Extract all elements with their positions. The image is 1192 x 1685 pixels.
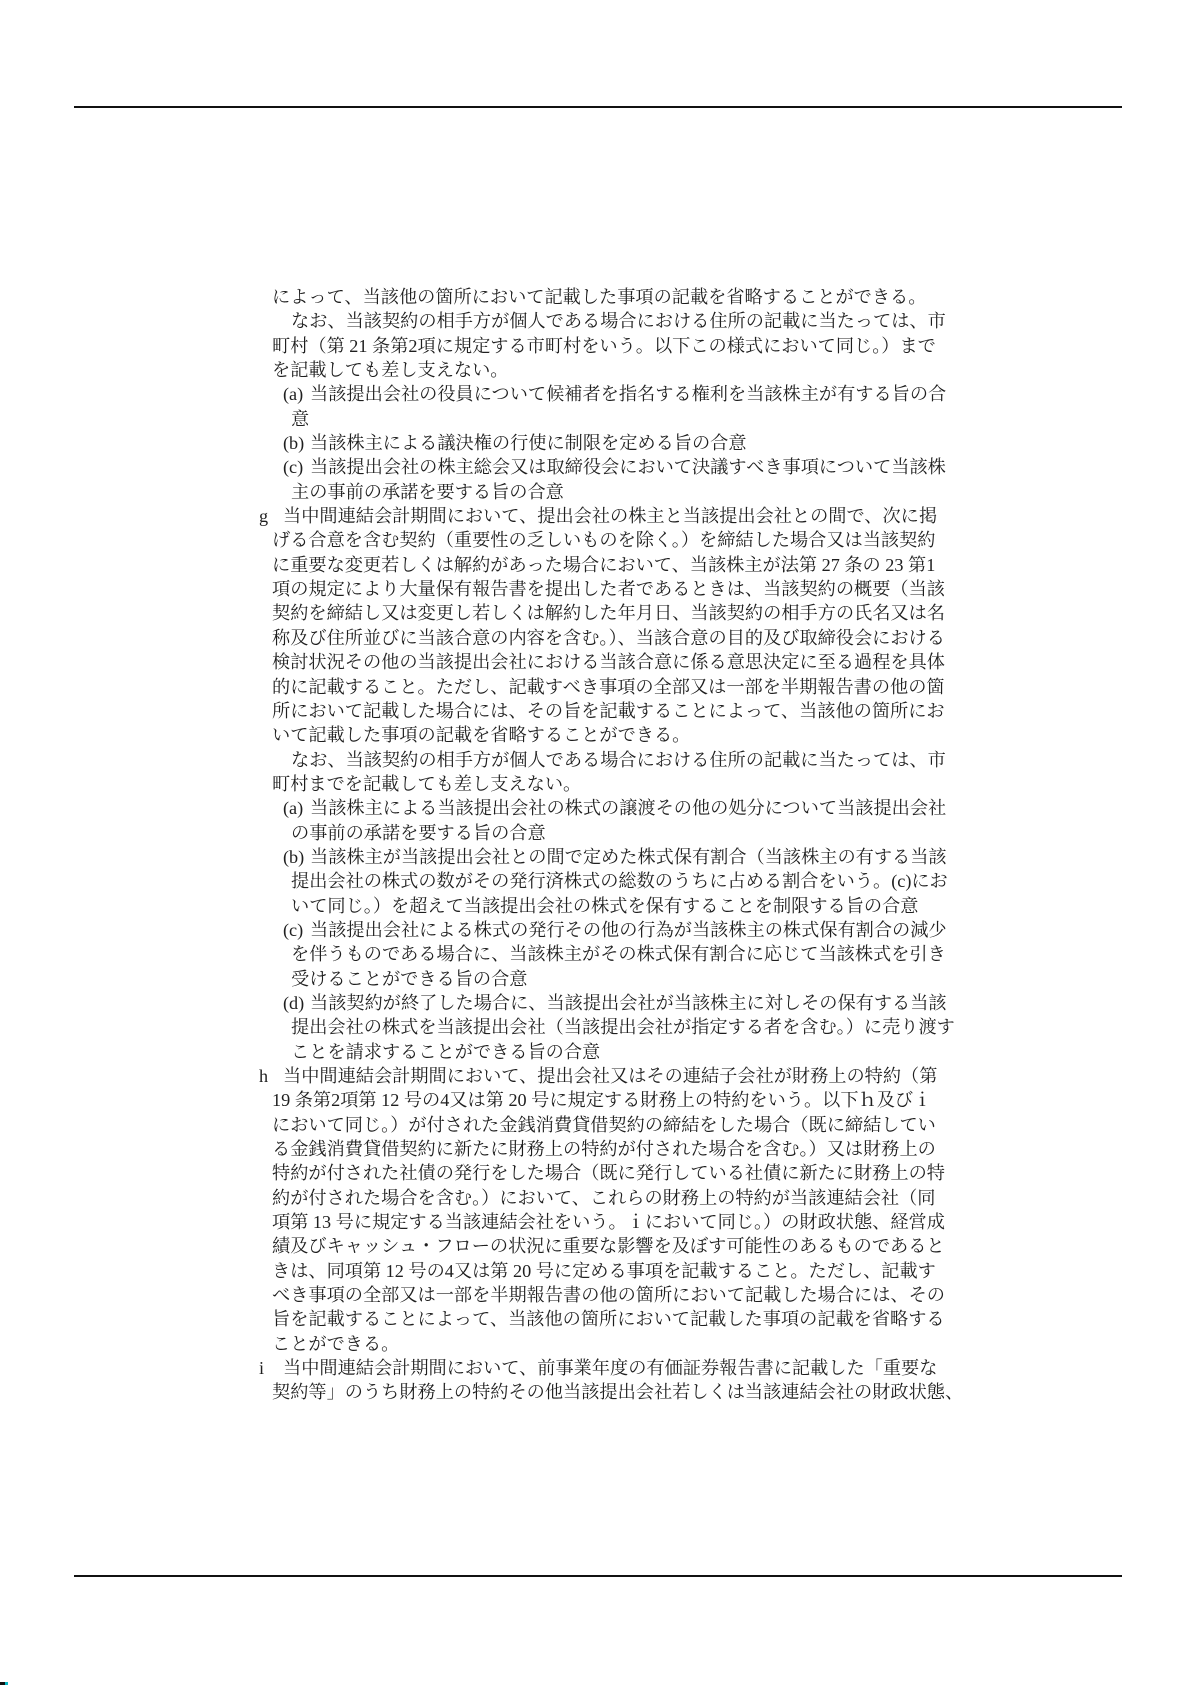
text-line: 契約等」のうち財務上の特約その他当該提出会社若しくは当該連結会社の財政状態、: [0, 1380, 1192, 1404]
line-text: 当該提出会社の役員について候補者を指名する権利を当該株主が有する旨の合: [310, 384, 946, 404]
top-horizontal-rule: [74, 106, 1122, 108]
item-marker: (c): [283, 918, 310, 942]
item-marker: h: [259, 1064, 283, 1088]
text-line: る金銭消費貸借契約に新たに財務上の特約が付された場合を含む。）又は財務上の: [0, 1137, 1192, 1161]
line-text: 主の事前の承諾を要する旨の合意: [291, 482, 564, 502]
line-text: 町村までを記載しても差し支えない。: [272, 774, 581, 794]
text-line: の事前の承諾を要する旨の合意: [0, 821, 1192, 845]
item-marker: (d): [283, 991, 310, 1015]
text-line: いて記載した事項の記載を省略することができる。: [0, 723, 1192, 747]
text-line: (b)当該株主による議決権の行使に制限を定める旨の合意: [0, 431, 1192, 455]
line-text: 当該提出会社の株主総会又は取締役会において決議すべき事項について当該株: [310, 457, 946, 477]
line-text: きは、同項第 12 号の4又は第 20 号に定める事項を記載すること。ただし、記…: [272, 1261, 936, 1281]
text-line: いて同じ。）を超えて当該提出会社の株式を保有することを制限する旨の合意: [0, 894, 1192, 918]
text-line: 町村までを記載しても差し支えない。: [0, 772, 1192, 796]
item-marker: (a): [283, 796, 310, 820]
text-line: 受けることができる旨の合意: [0, 967, 1192, 991]
text-line: 旨を記載することによって、当該他の箇所において記載した事項の記載を省略する: [0, 1307, 1192, 1331]
text-line: h当中間連結会計期間において、提出会社又はその連結子会社が財務上の特約（第: [0, 1064, 1192, 1088]
line-text: る金銭消費貸借契約に新たに財務上の特約が付された場合を含む。）又は財務上の: [272, 1139, 936, 1159]
text-line: (c)当該提出会社の株主総会又は取締役会において決議すべき事項について当該株: [0, 455, 1192, 479]
text-line: によって、当該他の箇所において記載した事項の記載を省略することができる。: [0, 285, 1192, 309]
item-marker: (a): [283, 382, 310, 406]
text-line: において同じ。）が付された金銭消費貸借契約の締結をした場合（既に締結してい: [0, 1113, 1192, 1137]
line-text: 当中間連結会計期間において、提出会社の株主と当該提出会社との間で、次に掲: [283, 506, 937, 526]
text-line: なお、当該契約の相手方が個人である場合における住所の記載に当たっては、市: [0, 309, 1192, 333]
text-line: べき事項の全部又は一部を半期報告書の他の箇所において記載した場合には、その: [0, 1283, 1192, 1307]
line-text: 提出会社の株式を当該提出会社（当該提出会社が指定する者を含む。）に売り渡す: [291, 1017, 955, 1037]
text-line: 約が付された場合を含む。）において、これらの財務上の特約が当該連結会社（同: [0, 1186, 1192, 1210]
document-lines: によって、当該他の箇所において記載した事項の記載を省略することができる。なお、当…: [0, 285, 1192, 1405]
line-text: 当該株主が当該提出会社との間で定めた株式保有割合（当該株主の有する当該: [310, 847, 947, 867]
text-line: ことができる。: [0, 1332, 1192, 1356]
text-line: 検討状況その他の当該提出会社における当該合意に係る意思決定に至る過程を具体: [0, 650, 1192, 674]
line-text: 契約等」のうち財務上の特約その他当該提出会社若しくは当該連結会社の財政状態、: [272, 1382, 963, 1402]
item-marker: i: [259, 1356, 283, 1380]
text-line: 所において記載した場合には、その旨を記載することによって、当該他の箇所にお: [0, 699, 1192, 723]
line-text: 意: [291, 409, 309, 429]
item-marker: (b): [283, 845, 310, 869]
text-line: げる合意を含む契約（重要性の乏しいものを除く。）を締結した場合又は当該契約: [0, 528, 1192, 552]
text-line: 特約が付された社債の発行をした場合（既に発行している社債に新たに財務上の特: [0, 1161, 1192, 1185]
document-page: によって、当該他の箇所において記載した事項の記載を省略することができる。なお、当…: [0, 0, 1192, 1685]
text-line: 績及びキャッシュ・フローの状況に重要な影響を及ぼす可能性のあるものであると: [0, 1234, 1192, 1258]
line-text: ことができる。: [272, 1334, 399, 1354]
text-line: (a)当該株主による当該提出会社の株式の譲渡その他の処分について当該提出会社: [0, 796, 1192, 820]
line-text: 当該契約が終了した場合に、当該提出会社が当該株主に対しその保有する当該: [310, 993, 947, 1013]
text-line: 提出会社の株式を当該提出会社（当該提出会社が指定する者を含む。）に売り渡す: [0, 1015, 1192, 1039]
line-text: 検討状況その他の当該提出会社における当該合意に係る意思決定に至る過程を具体: [272, 652, 945, 672]
line-text: 当該提出会社による株式の発行その他の行為が当該株主の株式保有割合の減少: [310, 920, 947, 940]
bottom-horizontal-rule: [74, 1575, 1122, 1577]
line-text: 町村（第 21 条第2項に規定する市町村をいう。以下この様式において同じ。）まで: [272, 336, 936, 356]
text-line: ことを請求することができる旨の合意: [0, 1040, 1192, 1064]
text-line: (b)当該株主が当該提出会社との間で定めた株式保有割合（当該株主の有する当該: [0, 845, 1192, 869]
item-marker: g: [259, 504, 283, 528]
text-line: を記載しても差し支えない。: [0, 358, 1192, 382]
line-text: を伴うものである場合に、当該株主がその株式保有割合に応じて当該株式を引き: [291, 944, 946, 964]
line-text: 項の規定により大量保有報告書を提出した者であるときは、当該契約の概要（当該: [272, 579, 945, 599]
line-text: によって、当該他の箇所において記載した事項の記載を省略することができる。: [272, 287, 926, 307]
text-line: 的に記載すること。ただし、記載すべき事項の全部又は一部を半期報告書の他の箇: [0, 675, 1192, 699]
line-text: なお、当該契約の相手方が個人である場合における住所の記載に当たっては、市: [291, 311, 946, 331]
line-text: 的に記載すること。ただし、記載すべき事項の全部又は一部を半期報告書の他の箇: [272, 677, 945, 697]
line-text: 約が付された場合を含む。）において、これらの財務上の特約が当該連結会社（同: [272, 1188, 935, 1208]
text-line: g当中間連結会計期間において、提出会社の株主と当該提出会社との間で、次に掲: [0, 504, 1192, 528]
item-marker: (c): [283, 455, 310, 479]
line-text: いて記載した事項の記載を省略することができる。: [272, 725, 690, 745]
line-text: 提出会社の株式の数がその発行済株式の総数のうちに占める割合をいう。(c)にお: [291, 871, 948, 891]
line-text: なお、当該契約の相手方が個人である場合における住所の記載に当たっては、市: [291, 750, 946, 770]
text-line: 町村（第 21 条第2項に規定する市町村をいう。以下この様式において同じ。）まで: [0, 334, 1192, 358]
text-line: 主の事前の承諾を要する旨の合意: [0, 480, 1192, 504]
text-line: 契約を締結し又は変更し若しくは解約した年月日、当該契約の相手方の氏名又は名: [0, 601, 1192, 625]
line-text: 称及び住所並びに当該合意の内容を含む。）、当該合意の目的及び取締役会における: [272, 628, 945, 648]
text-line: 提出会社の株式の数がその発行済株式の総数のうちに占める割合をいう。(c)にお: [0, 869, 1192, 893]
line-text: 績及びキャッシュ・フローの状況に重要な影響を及ぼす可能性のあるものであると: [272, 1236, 945, 1256]
line-text: いて同じ。）を超えて当該提出会社の株式を保有することを制限する旨の合意: [291, 896, 918, 916]
text-line: 19 条第2項第 12 号の4又は第 20 号に規定する財務上の特約をいう。以下…: [0, 1088, 1192, 1112]
line-text: べき事項の全部又は一部を半期報告書の他の箇所において記載した場合には、その: [272, 1285, 945, 1305]
line-text: 所において記載した場合には、その旨を記載することによって、当該他の箇所にお: [272, 701, 945, 721]
text-line: (a)当該提出会社の役員について候補者を指名する権利を当該株主が有する旨の合: [0, 382, 1192, 406]
line-text: に重要な変更若しくは解約があった場合において、当該株主が法第 27 条の 23 …: [272, 555, 935, 575]
item-marker: (b): [283, 431, 310, 455]
line-text: 旨を記載することによって、当該他の箇所において記載した事項の記載を省略する: [272, 1309, 945, 1329]
text-line: i当中間連結会計期間において、前事業年度の有価証券報告書に記載した「重要な: [0, 1356, 1192, 1380]
text-line: 項の規定により大量保有報告書を提出した者であるときは、当該契約の概要（当該: [0, 577, 1192, 601]
line-text: 当該株主による当該提出会社の株式の譲渡その他の処分について当該提出会社: [310, 798, 946, 818]
line-text: において同じ。）が付された金銭消費貸借契約の締結をした場合（既に締結してい: [272, 1115, 936, 1135]
line-text: 当該株主による議決権の行使に制限を定める旨の合意: [310, 433, 747, 453]
text-line: きは、同項第 12 号の4又は第 20 号に定める事項を記載すること。ただし、記…: [0, 1259, 1192, 1283]
line-text: 受けることができる旨の合意: [291, 969, 527, 989]
line-text: げる合意を含む契約（重要性の乏しいものを除く。）を締結した場合又は当該契約: [272, 530, 935, 550]
text-line: なお、当該契約の相手方が個人である場合における住所の記載に当たっては、市: [0, 748, 1192, 772]
text-line: を伴うものである場合に、当該株主がその株式保有割合に応じて当該株式を引き: [0, 942, 1192, 966]
line-text: 当中間連結会計期間において、提出会社又はその連結子会社が財務上の特約（第: [283, 1066, 937, 1086]
text-line: 意: [0, 407, 1192, 431]
line-text: 契約を締結し又は変更し若しくは解約した年月日、当該契約の相手方の氏名又は名: [272, 603, 945, 623]
text-line: に重要な変更若しくは解約があった場合において、当該株主が法第 27 条の 23 …: [0, 553, 1192, 577]
line-text: 特約が付された社債の発行をした場合（既に発行している社債に新たに財務上の特: [272, 1163, 945, 1183]
line-text: 項第 13 号に規定する当該連結会社をいう。ｉにおいて同じ。）の財政状態、経営成: [272, 1212, 945, 1232]
line-text: の事前の承諾を要する旨の合意: [291, 823, 546, 843]
line-text: を記載しても差し支えない。: [272, 360, 508, 380]
text-line: 項第 13 号に規定する当該連結会社をいう。ｉにおいて同じ。）の財政状態、経営成: [0, 1210, 1192, 1234]
line-text: 当中間連結会計期間において、前事業年度の有価証券報告書に記載した「重要な: [283, 1358, 937, 1378]
line-text: ことを請求することができる旨の合意: [291, 1042, 600, 1062]
text-line: 称及び住所並びに当該合意の内容を含む。）、当該合意の目的及び取締役会における: [0, 626, 1192, 650]
text-line: (d)当該契約が終了した場合に、当該提出会社が当該株主に対しその保有する当該: [0, 991, 1192, 1015]
line-text: 19 条第2項第 12 号の4又は第 20 号に規定する財務上の特約をいう。以下…: [272, 1090, 931, 1110]
text-line: (c)当該提出会社による株式の発行その他の行為が当該株主の株式保有割合の減少: [0, 918, 1192, 942]
